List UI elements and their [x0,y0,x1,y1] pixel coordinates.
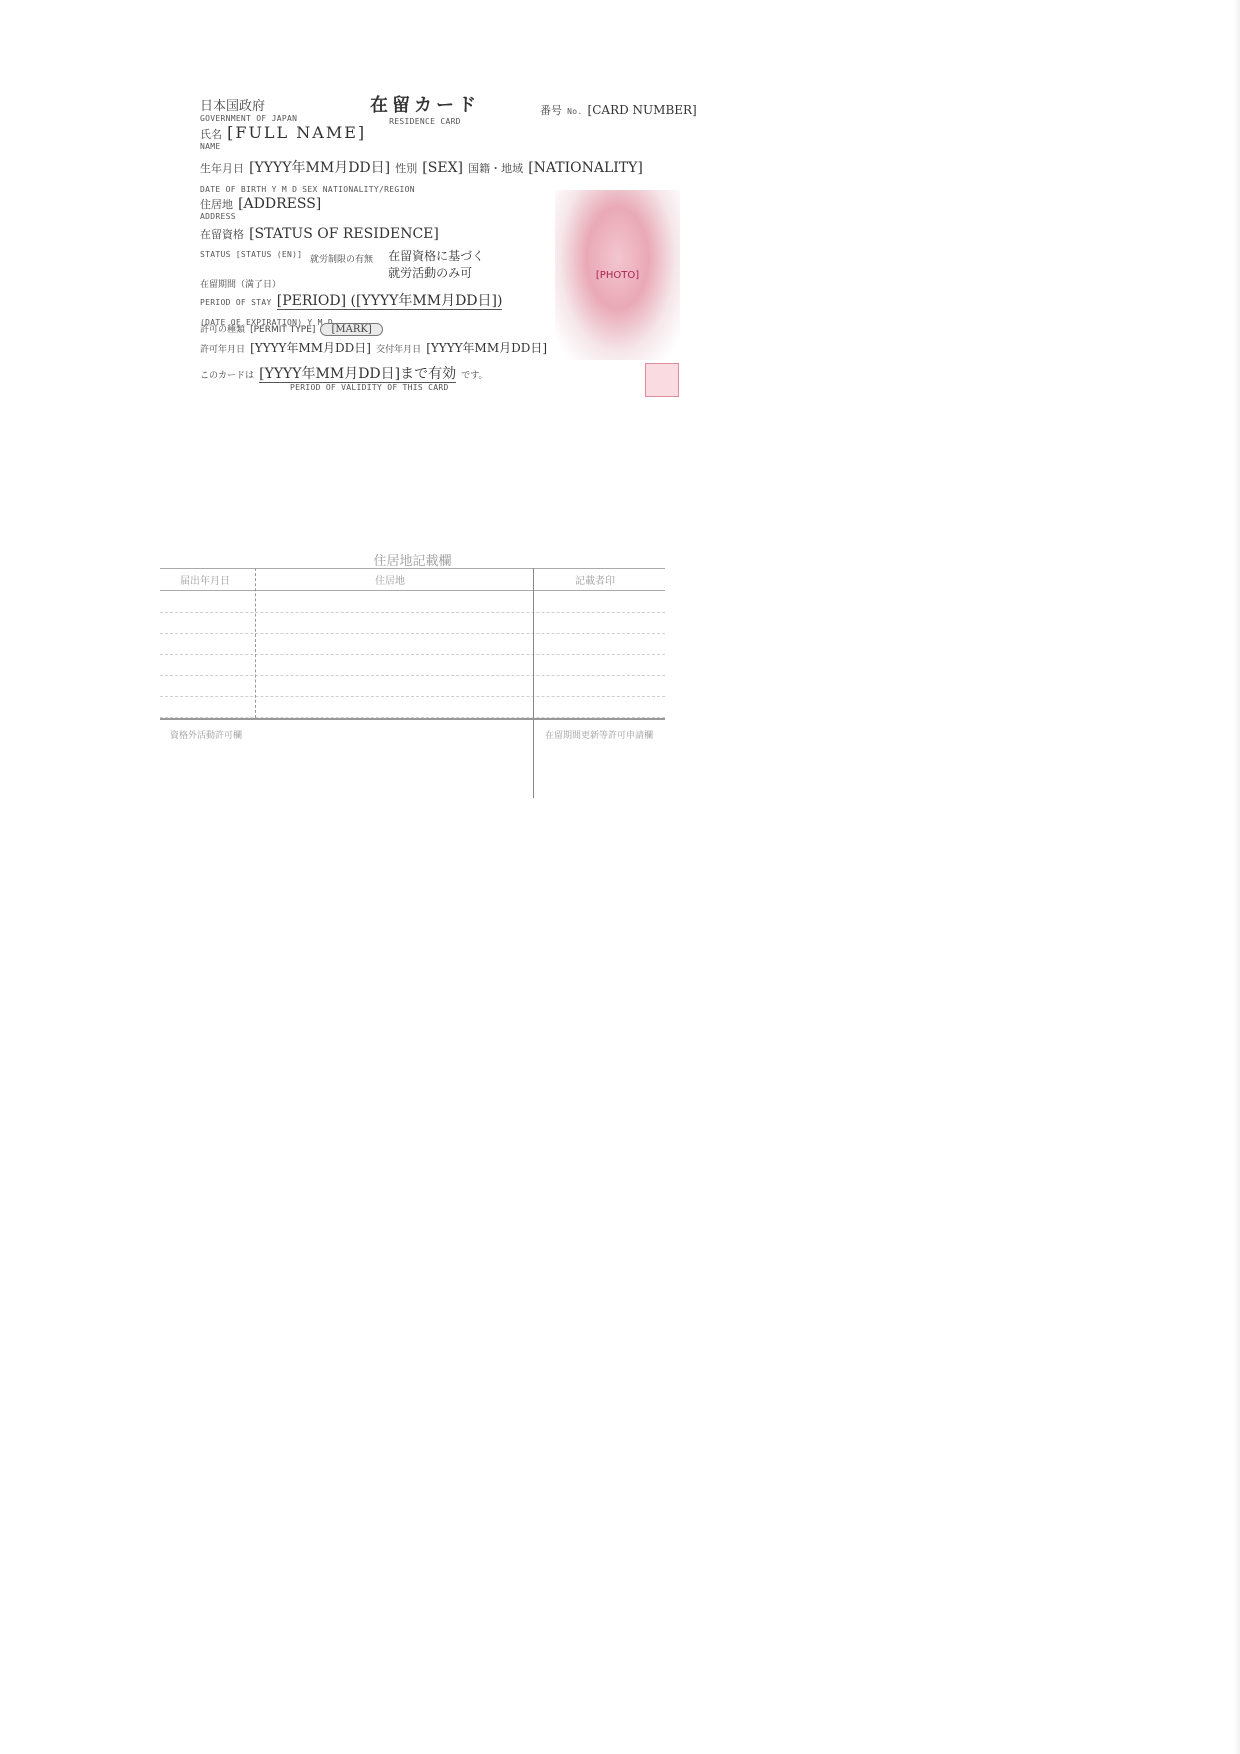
column-divider [533,568,534,798]
dates-field: 許可年月日 [YYYY年MM月DD日] 交付年月日 [YYYY年MM月DD日] [200,337,547,356]
address-field: 住居地 [ADDRESS] ADDRESS [200,193,321,221]
renewal-application-label: 在留期間更新等許可申請欄 [545,728,653,741]
extra-activity-permit-label: 資格外活動許可欄 [170,728,242,741]
permit-type-field: 許可の種類 [PERMIT TYPE] [MARK] [200,317,383,336]
residence-card-front: 日本国政府 GOVERNMENT OF JAPAN 在留カード RESIDENC… [200,95,690,405]
card-number: 番号 No. [CARD NUMBER] [540,99,697,118]
divider [160,590,665,591]
work-restriction-field: 就労制限の有無 在留資格に基づく 就労活動のみ可 [310,247,484,281]
column-header-seal: 記載者印 [575,572,615,587]
name-field: 氏名 [FULL NAME] NAME [200,123,366,151]
column-divider [255,568,256,718]
table-row [160,633,665,634]
official-seal [645,363,679,397]
table-row [160,696,665,697]
table-row [160,675,665,676]
validity-field: このカードは [YYYY年MM月DD日]まで有効 です。 PERIOD OF V… [200,363,488,392]
table-row [160,654,665,655]
divider [160,568,665,569]
page-edge [1234,0,1240,1754]
issuer: 日本国政府 GOVERNMENT OF JAPAN [200,95,297,123]
residence-card-back: 住居地記載欄 届出年月日 住居地 記載者印 資格外活動許可欄 在留期間更新等許可… [160,550,665,860]
id-photo-placeholder: [PHOTO] [555,190,680,360]
column-header-address: 住居地 [375,572,405,587]
address-record-title: 住居地記載欄 [160,550,665,569]
divider [160,718,665,720]
card-title: 在留カード RESIDENCE CARD [370,91,480,126]
column-header-date: 届出年月日 [180,572,230,587]
security-mark: [MARK] [320,323,382,336]
table-row [160,612,665,613]
